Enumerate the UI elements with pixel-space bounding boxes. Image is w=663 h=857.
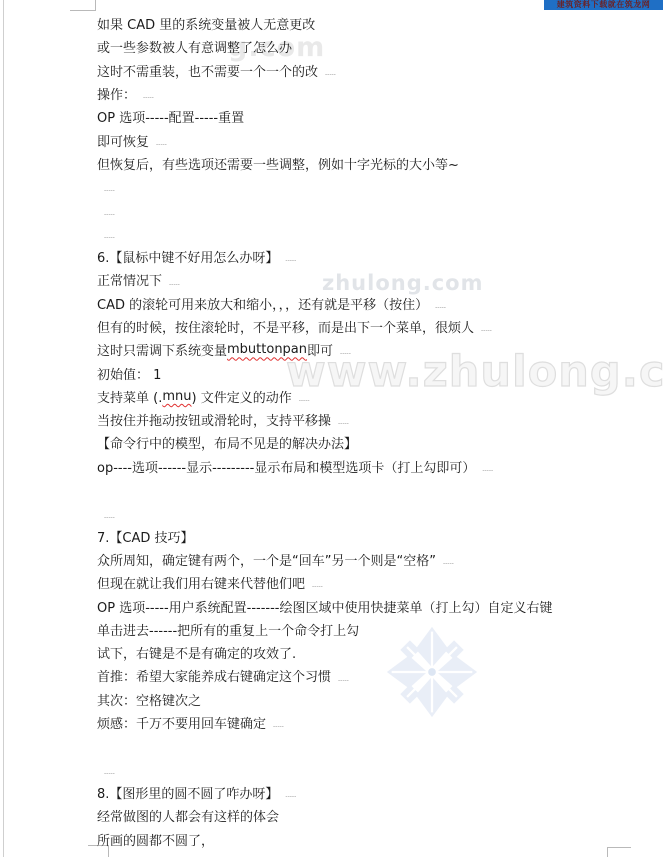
doc-text: 烦感：千万不要用回车键确定 xyxy=(97,713,266,732)
doc-line: 经常做图的人都会有这样的体会 xyxy=(97,804,637,827)
doc-line: 这时只需调下系统变量 mbuttonpan 即可----- xyxy=(97,338,637,361)
hidden-format-mark: ----- xyxy=(340,350,351,361)
page-left-edge xyxy=(3,0,4,857)
doc-line: ----- xyxy=(97,175,637,198)
doc-line: 操作：----- xyxy=(97,82,637,105)
doc-line: CAD 的滚轮可用来放大和缩小，，，还有就是平移（按住）----- xyxy=(97,292,637,315)
doc-line: 试下，右键是不是有确定的攻效了. xyxy=(97,641,637,664)
doc-line: op----选项------显示---------显示布局和模型选项卡（打上勾即… xyxy=(97,455,637,478)
doc-text: 8.【图形里的圆不圆了咋办呀】 xyxy=(97,783,278,802)
doc-line xyxy=(97,478,637,501)
hidden-format-mark: ----- xyxy=(143,94,154,105)
zhulong-banner-link[interactable]: 建筑资料下载就在筑龙网 xyxy=(544,0,663,10)
doc-text: 如果 CAD 里的系统变量被人无意更改 xyxy=(97,14,315,33)
doc-text: ) 文件定义的动作 xyxy=(192,387,292,406)
hidden-format-mark: ----- xyxy=(338,420,349,431)
doc-text: 试下，右键是不是有确定的攻效了. xyxy=(97,643,296,662)
hidden-format-mark: ----- xyxy=(104,234,115,245)
doc-line: 8.【图形里的圆不圆了咋办呀】----- xyxy=(97,781,637,804)
hidden-format-mark: ----- xyxy=(338,677,349,688)
hidden-format-mark: ----- xyxy=(169,281,180,292)
doc-text: OP 选项-----用户系统配置-------绘图区域中使用快捷菜单（打上勾）自… xyxy=(97,597,553,616)
doc-line: 当按住并拖动按钮或滑轮时，支持平移操----- xyxy=(97,408,637,431)
doc-text: 单击进去------把所有的重复上一个命令打上勾 xyxy=(97,620,359,639)
doc-text: 经常做图的人都会有这样的体会 xyxy=(97,806,279,825)
doc-line: 或一些参数被人有意调整了怎么办 xyxy=(97,35,637,58)
hidden-format-mark: ----- xyxy=(104,211,115,222)
margin-crop-mark-top-left xyxy=(70,0,96,11)
hidden-format-mark: ----- xyxy=(435,304,446,315)
spellcheck-flagged-word: mbuttonpan xyxy=(227,342,307,357)
doc-line: ----- xyxy=(97,198,637,221)
hidden-format-mark: ----- xyxy=(273,723,284,734)
doc-text: 这时不需重装，也不需要一个一个的改 xyxy=(97,61,318,80)
doc-text: 当按住并拖动按钮或滑轮时，支持平移操 xyxy=(97,410,331,429)
hidden-format-mark: ----- xyxy=(285,257,296,268)
doc-text: 初始值： 1 xyxy=(97,364,161,383)
doc-text: 正常情况下 xyxy=(97,270,162,289)
doc-line: 首推：希望大家能养成右键确定这个习惯----- xyxy=(97,664,637,687)
doc-line: ----- xyxy=(97,758,637,781)
doc-line: 但现在就让我们用右键来代替他们吧----- xyxy=(97,571,637,594)
doc-text: 但有的时候，按住滚轮时，不是平移，而是出下一个菜单，很烦人 xyxy=(97,317,474,336)
hidden-format-mark: ----- xyxy=(104,187,115,198)
doc-text: 首推：希望大家能养成右键确定这个习惯 xyxy=(97,666,331,685)
doc-line: 这时不需重装，也不需要一个一个的改----- xyxy=(97,59,637,82)
hidden-format-mark: ----- xyxy=(312,583,323,594)
doc-text: op----选项------显示---------显示布局和模型选项卡（打上勾即… xyxy=(97,457,475,476)
doc-line: 其次：空格键次之 xyxy=(97,688,637,711)
doc-line: 7.【CAD 技巧】 xyxy=(97,525,637,548)
doc-line: 即可恢复----- xyxy=(97,128,637,151)
doc-line: 烦感：千万不要用回车键确定----- xyxy=(97,711,637,734)
doc-line: 众所周知，确定键有两个，一个是“回车”另一个则是“空格”----- xyxy=(97,548,637,571)
doc-text: 但现在就让我们用右键来代替他们吧 xyxy=(97,573,305,592)
doc-text: 操作： xyxy=(97,84,136,103)
doc-text: 所画的圆都不圆了， xyxy=(97,830,214,849)
hidden-format-mark: ----- xyxy=(156,141,167,152)
doc-line: 正常情况下----- xyxy=(97,268,637,291)
doc-line: 但恢复后，有些选项还需要一些调整，例如十字光标的大小等~ xyxy=(97,152,637,175)
hidden-format-mark: ----- xyxy=(104,770,115,781)
doc-line: OP 选项-----配置-----重置 xyxy=(97,105,637,128)
doc-text: 其次：空格键次之 xyxy=(97,690,201,709)
doc-line xyxy=(97,734,637,757)
doc-line: ----- xyxy=(97,222,637,245)
hidden-format-mark: ----- xyxy=(482,467,493,478)
hidden-format-mark: ----- xyxy=(443,560,454,571)
doc-line: 支持菜单 (.mnu) 文件定义的动作----- xyxy=(97,385,637,408)
doc-text: 7.【CAD 技巧】 xyxy=(97,527,194,546)
doc-text: 这时只需调下系统变量 xyxy=(97,340,227,359)
doc-text: OP 选项-----配置-----重置 xyxy=(97,107,244,126)
hidden-format-mark: ----- xyxy=(104,514,115,525)
doc-text: 【命令行中的模型，布局不见是的解决办法】 xyxy=(97,433,357,452)
doc-text: 众所周知，确定键有两个，一个是“回车”另一个则是“空格” xyxy=(97,550,436,569)
doc-line: 如果 CAD 里的系统变量被人无意更改 xyxy=(97,12,637,35)
hidden-format-mark: ----- xyxy=(481,327,492,338)
doc-line: 单击进去------把所有的重复上一个命令打上勾 xyxy=(97,618,637,641)
doc-line: 6.【鼠标中键不好用怎么办呀】----- xyxy=(97,245,637,268)
spellcheck-flagged-word: mnu xyxy=(162,389,191,404)
doc-text: 即可恢复 xyxy=(97,131,149,150)
doc-text: CAD 的滚轮可用来放大和缩小，，，还有就是平移（按住） xyxy=(97,294,428,313)
doc-text: 支持菜单 (. xyxy=(97,387,162,406)
doc-line: 但有的时候，按住滚轮时，不是平移，而是出下一个菜单，很烦人----- xyxy=(97,315,637,338)
doc-line: ----- xyxy=(97,501,637,524)
hidden-format-mark: ----- xyxy=(299,397,310,408)
doc-text: 或一些参数被人有意调整了怎么办 xyxy=(97,37,292,56)
doc-text: 但恢复后，有些选项还需要一些调整，例如十字光标的大小等~ xyxy=(97,154,459,173)
hidden-format-mark: ----- xyxy=(325,71,336,82)
doc-content: 如果 CAD 里的系统变量被人无意更改或一些参数被人有意调整了怎么办这时不需重装… xyxy=(97,12,637,851)
doc-line: 【命令行中的模型，布局不见是的解决办法】 xyxy=(97,431,637,454)
hidden-format-mark: ----- xyxy=(285,793,296,804)
doc-line: 初始值： 1 xyxy=(97,361,637,384)
doc-text: 6.【鼠标中键不好用怎么办呀】 xyxy=(97,247,278,266)
doc-line: OP 选项-----用户系统配置-------绘图区域中使用快捷菜单（打上勾）自… xyxy=(97,594,637,617)
doc-line: 所画的圆都不圆了， xyxy=(97,827,637,850)
doc-text: 即可 xyxy=(307,340,333,359)
